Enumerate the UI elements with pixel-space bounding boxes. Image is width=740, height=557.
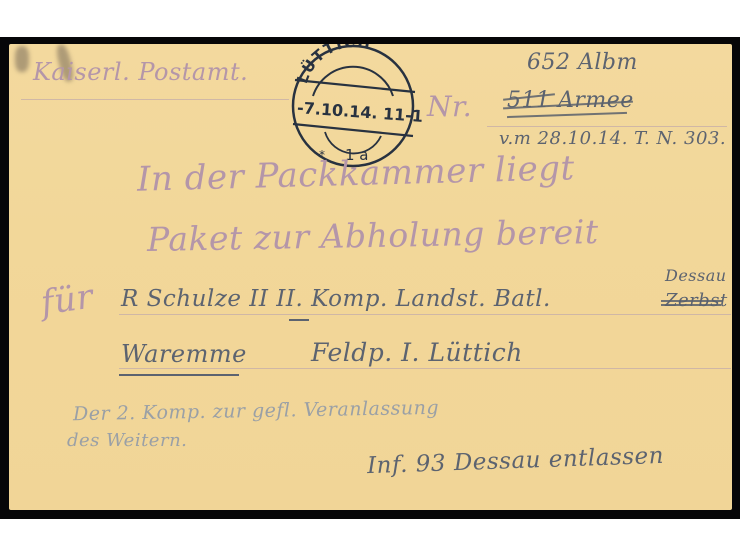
underline-ii — [289, 319, 309, 321]
pencil-note: Inf. 93 Dessau entlassen — [367, 443, 665, 479]
office-line: Kaiserl. Postamt. — [33, 58, 248, 86]
svg-text:LÜTTICH: LÜTTICH — [293, 44, 373, 86]
location-place: Waremme — [121, 340, 247, 368]
body-line-2: Paket zur Abholung bereit — [147, 212, 599, 259]
pencil-top-right: 652 Albm — [527, 50, 638, 75]
strike-through — [661, 304, 721, 306]
overwrite-dessau: Dessau — [665, 266, 727, 285]
strike-through — [661, 300, 723, 302]
postcard: Kaiserl. Postamt. Nr. 652 Albm 511 Armee… — [9, 44, 732, 510]
underline-waremme — [119, 374, 239, 376]
ruled-line-office — [21, 99, 289, 100]
for-label: für — [38, 277, 95, 324]
body-line-1: In der Packkammer liegt — [137, 148, 576, 199]
svg-text:-7.10.14. 11-12 V: -7.10.14. 11-12 V — [297, 98, 423, 128]
number-prefix: Nr. — [427, 90, 472, 123]
faint-note-line-1: Der 2. Komp. zur gefl. Veranlassung — [73, 397, 439, 425]
ruled-line-location — [119, 368, 731, 369]
stain-mark — [15, 46, 29, 72]
ruled-line-recipient — [119, 314, 731, 315]
location-rest: Feldp. I. Lüttich — [311, 338, 523, 367]
recipient-line: R Schulze II II. Komp. Landst. Batl. — [121, 286, 551, 312]
faint-note-line-2: des Weitern. — [67, 430, 187, 451]
date-reference: v.m 28.10.14. T. N. 303. — [499, 128, 726, 149]
